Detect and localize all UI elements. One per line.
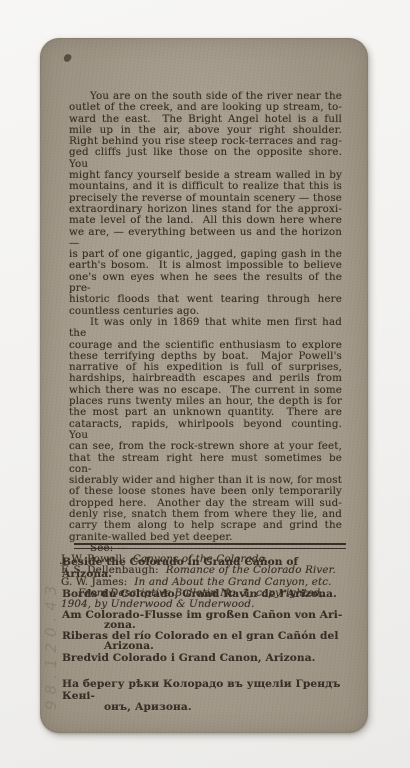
ink-speck [63,53,73,63]
caption-german: Am Colorado-Flusse im großen Cañon von A… [62,610,348,631]
captions-block: Beside the Colorado in Grand Cañon of Ar… [62,543,348,714]
caption-spanish: Riberas del río Colorado en el gran Cañó… [62,631,348,652]
handwritten-accession-number: 98.120.43 [42,580,60,710]
caption-scandinavian: Bredvid Colorado i Grand Canon, Arizona. [62,653,348,665]
caption-russian: На берегу рѣки Колорадо въ ущеліи Грендъ… [62,679,348,714]
caption-french: Bords du Colorado, Grand Ravin de l'Ariz… [62,589,348,601]
divider-rule [74,543,346,549]
description-paragraphs: You are on the south side of the river n… [69,91,342,554]
photo-background: 98.120.43 You are on the south side of t… [0,0,410,768]
stereograph-card: 98.120.43 You are on the south side of t… [40,38,368,733]
card-text-block: You are on the south side of the river n… [69,91,342,611]
caption-english: Beside the Colorado in Grand Cañon of Ar… [62,557,348,580]
